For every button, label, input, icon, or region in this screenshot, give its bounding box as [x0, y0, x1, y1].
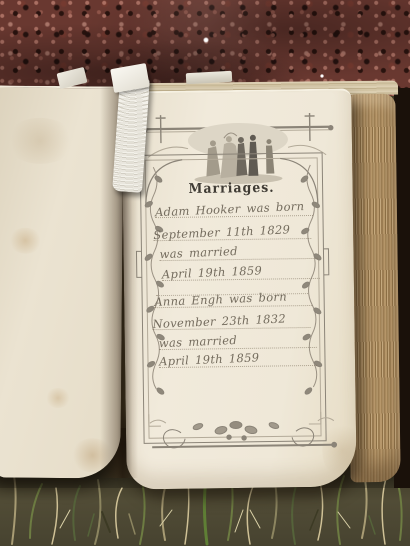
scene: Marriages. Adam Hooker was born Septembe…: [0, 0, 410, 546]
handwritten-entry2-line4: April 19th 1859: [159, 348, 317, 368]
handwritten-entry1-line2: September 11th 1829: [153, 221, 311, 241]
rock-sparkle: [202, 36, 210, 44]
foxing-stain: [8, 228, 42, 254]
handwritten-entry1-line3: was married: [159, 241, 317, 261]
handwritten-entry2-line1: Anna Engh was born: [154, 288, 312, 308]
handwritten-entry1-line1: Adam Hooker was born: [155, 198, 313, 218]
foxing-stain: [45, 388, 71, 408]
right-page: Marriages. Adam Hooker was born Septembe…: [121, 88, 357, 489]
page-title-marriages: Marriages.: [130, 178, 332, 197]
handwritten-entry2-line3: was married: [159, 330, 317, 350]
rock-sparkle: [319, 73, 325, 79]
handwritten-entry2-line2: November 23th 1832: [152, 310, 310, 330]
ornate-frame: [131, 107, 348, 462]
foxing-stain: [5, 118, 75, 165]
floral-scroll-bottom: [150, 418, 337, 450]
handwritten-entry1-line4: April 19th 1859: [162, 261, 320, 281]
